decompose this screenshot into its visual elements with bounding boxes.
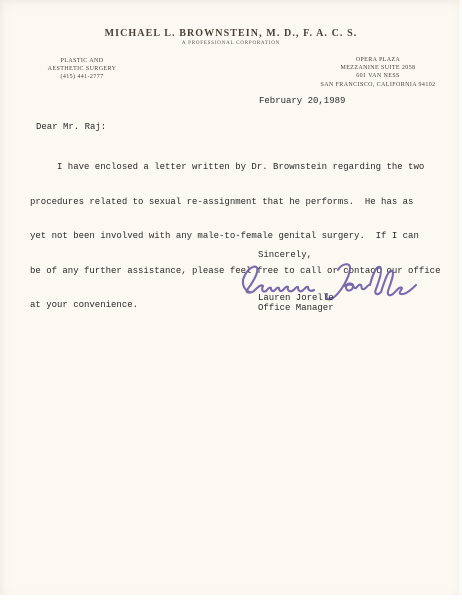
typed-signature-name: Lauren Jorelle [258,293,334,303]
phone-number: (415) 441-2777 [32,73,132,81]
scan-edge-bottom [0,595,462,600]
letterhead-subtitle: A PROFESSIONAL CORPORATION [0,41,462,46]
body-line: I have enclosed a letter written by Dr. … [30,162,440,174]
scanned-letter-page: MICHAEL L. BROWNSTEIN, M. D., F. A. C. S… [0,0,462,600]
body-line: procedures related to sexual re-assignme… [30,197,440,209]
address-line: MEZZANINE SUITE 2058 [312,64,444,72]
address-line: 601 VAN NESS [312,72,444,80]
letterhead-name: MICHAEL L. BROWNSTEIN, M. D., F. A. C. S… [0,28,462,39]
body-line: yet not been involved with any male-to-f… [30,231,440,243]
letterhead-address-block: OPERA PLAZA MEZZANINE SUITE 2058 601 VAN… [312,56,444,89]
typed-signature-title: Office Manager [258,303,334,313]
practice-line: AESTHETIC SURGERY [32,65,132,73]
practice-line: PLASTIC AND [32,57,132,65]
salutation: Dear Mr. Raj: [36,122,106,132]
address-line: OPERA PLAZA [312,56,444,64]
letter-date: February 20,1989 [259,96,345,106]
letterhead-left-block: PLASTIC AND AESTHETIC SURGERY (415) 441-… [32,57,132,82]
address-line: SAN FRANCISCO, CALIFORNIA 94102 [312,81,444,89]
